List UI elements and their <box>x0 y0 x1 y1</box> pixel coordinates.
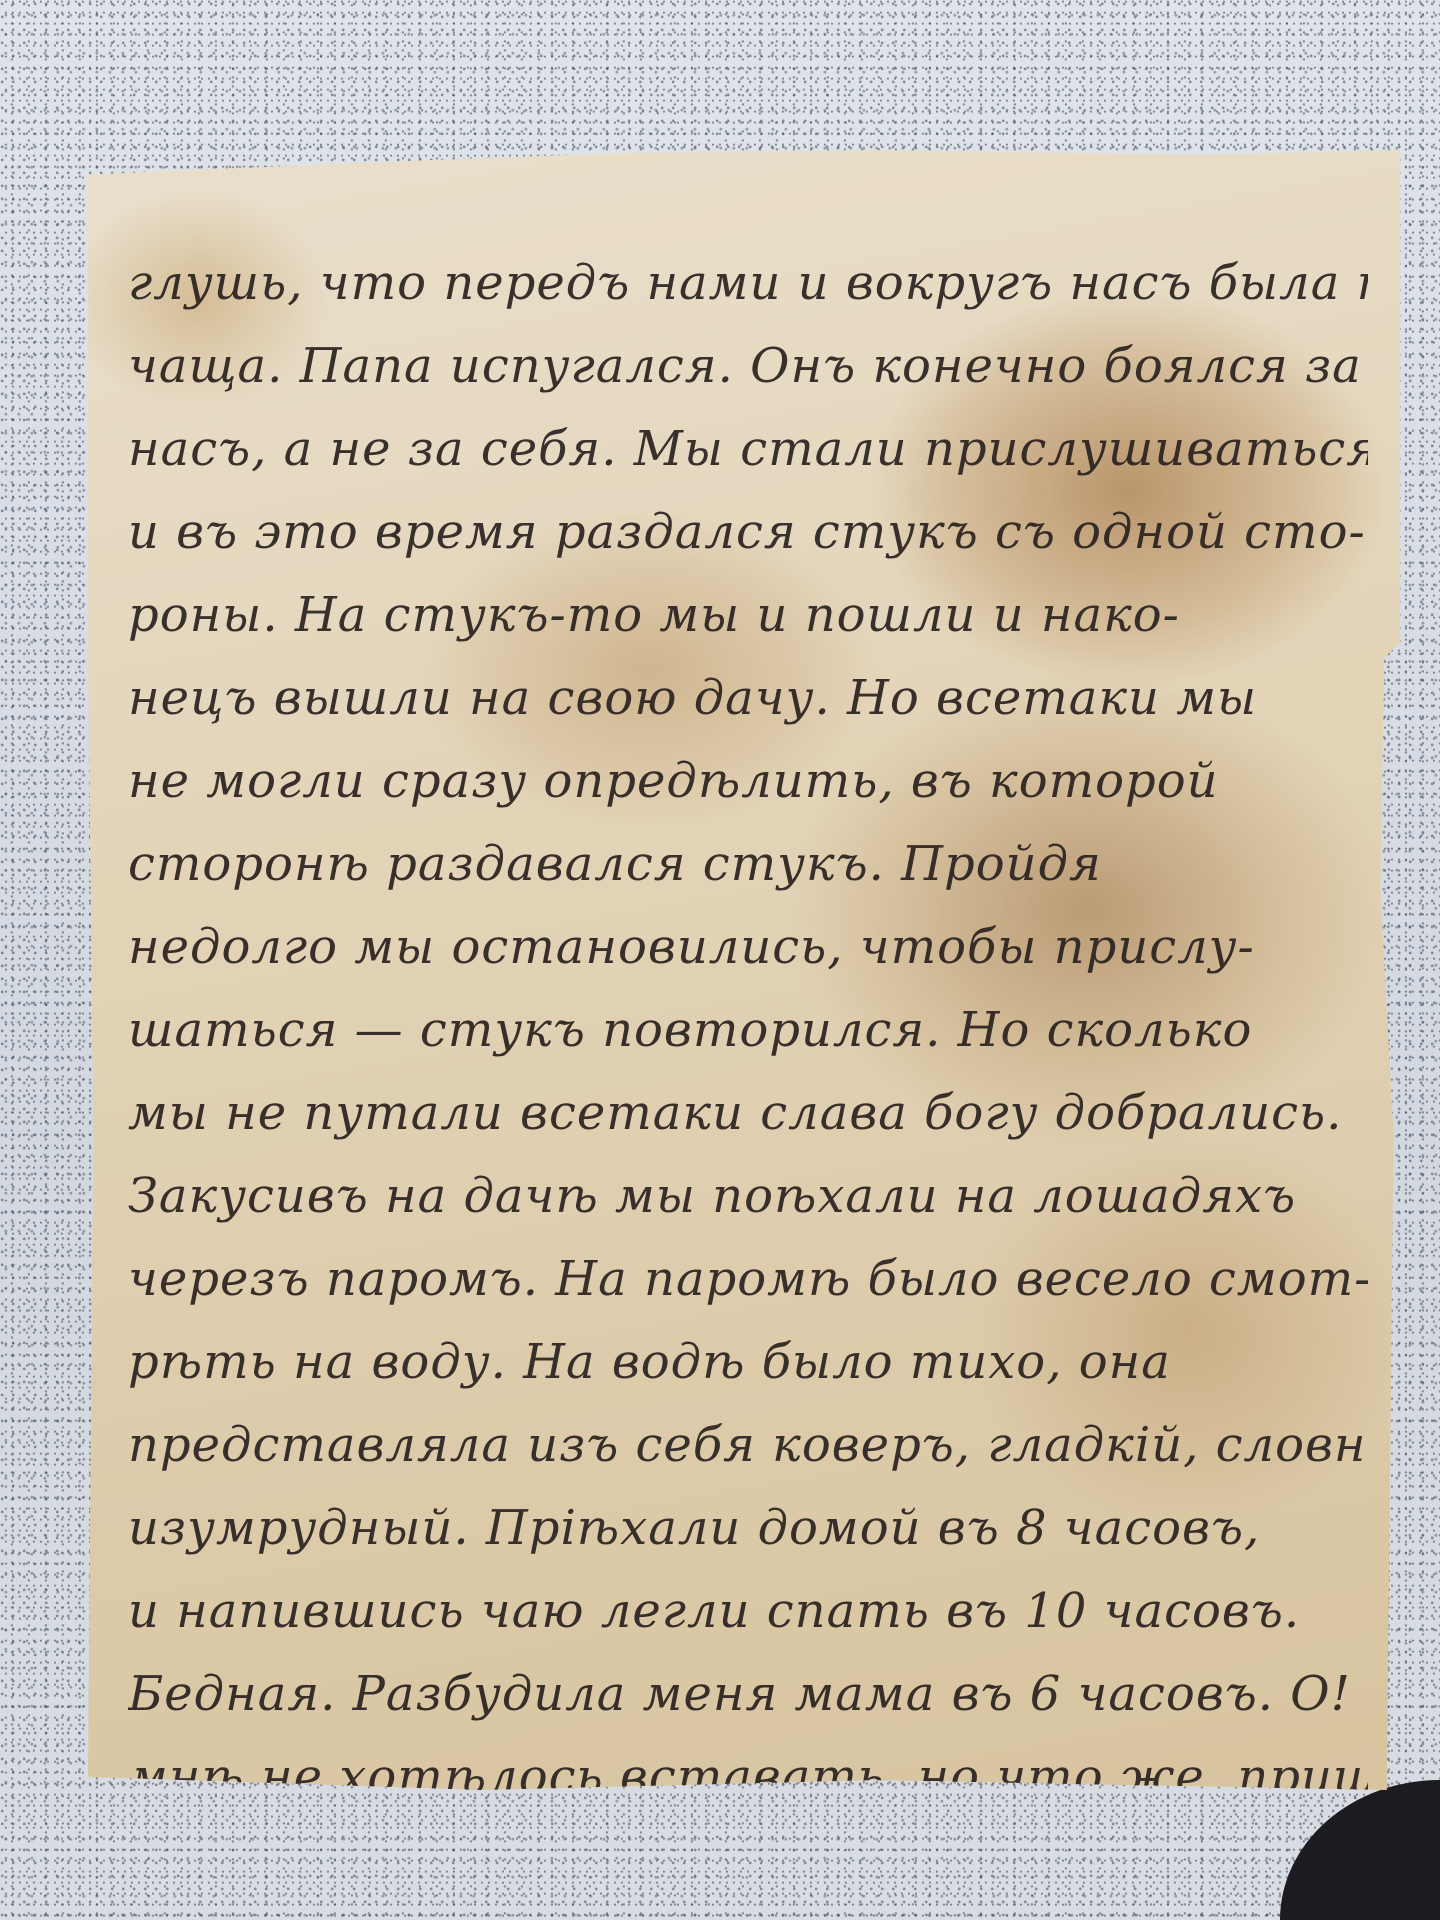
manuscript-line: шаться — стукъ повторился. Но сколько <box>128 989 1368 1072</box>
manuscript-line: черезъ паромъ. На паромѣ было весело смо… <box>128 1238 1368 1321</box>
manuscript-line: изумрудный. Пріѣхали домой въ 8 часовъ, <box>128 1487 1368 1570</box>
manuscript-line: сторонѣ раздавался стукъ. Пройдя <box>128 823 1368 906</box>
manuscript-line: мы не путали всетаки слава богу добралис… <box>128 1072 1368 1155</box>
manuscript-page: глушь, что передъ нами и вокругъ насъ бы… <box>88 150 1400 1790</box>
manuscript-line: Закусивъ на дачѣ мы поѣхали на лошадяхъ <box>128 1155 1368 1238</box>
manuscript-line: глушь, что передъ нами и вокругъ насъ бы… <box>128 242 1368 325</box>
manuscript-line: и напившись чаю легли спать въ 10 часовъ… <box>128 1570 1368 1653</box>
manuscript-line: Бедная. Разбудила меня мама въ 6 часовъ.… <box>128 1653 1368 1736</box>
manuscript-line: мнѣ не хотѣлось вставать, но что же, при… <box>128 1736 1368 1819</box>
manuscript-line: роны. На стукъ-то мы и пошли и нако- <box>128 574 1368 657</box>
manuscript-line: чаща. Папа испугался. Онъ конечно боялся… <box>128 325 1368 408</box>
manuscript-line: представляла изъ себя коверъ, гладкій, с… <box>128 1404 1368 1487</box>
manuscript-line: и въ это время раздался стукъ съ одной с… <box>128 491 1368 574</box>
manuscript-line: рѣть на воду. На водѣ было тихо, она <box>128 1321 1368 1404</box>
dark-table-corner <box>1280 1780 1440 1920</box>
manuscript-line: нецъ вышли на свою дачу. Но всетаки мы <box>128 657 1368 740</box>
manuscript-line: недолго мы остановились, чтобы прислу- <box>128 906 1368 989</box>
manuscript-text: глушь, что передъ нами и вокругъ насъ бы… <box>128 242 1368 1902</box>
manuscript-line: не могли сразу опредѣлить, въ которой <box>128 740 1368 823</box>
manuscript-line: лось вставать. Умывшись я пошла на кухню <box>128 1819 1368 1902</box>
manuscript-line: насъ, а не за себя. Мы стали прислушиват… <box>128 408 1368 491</box>
